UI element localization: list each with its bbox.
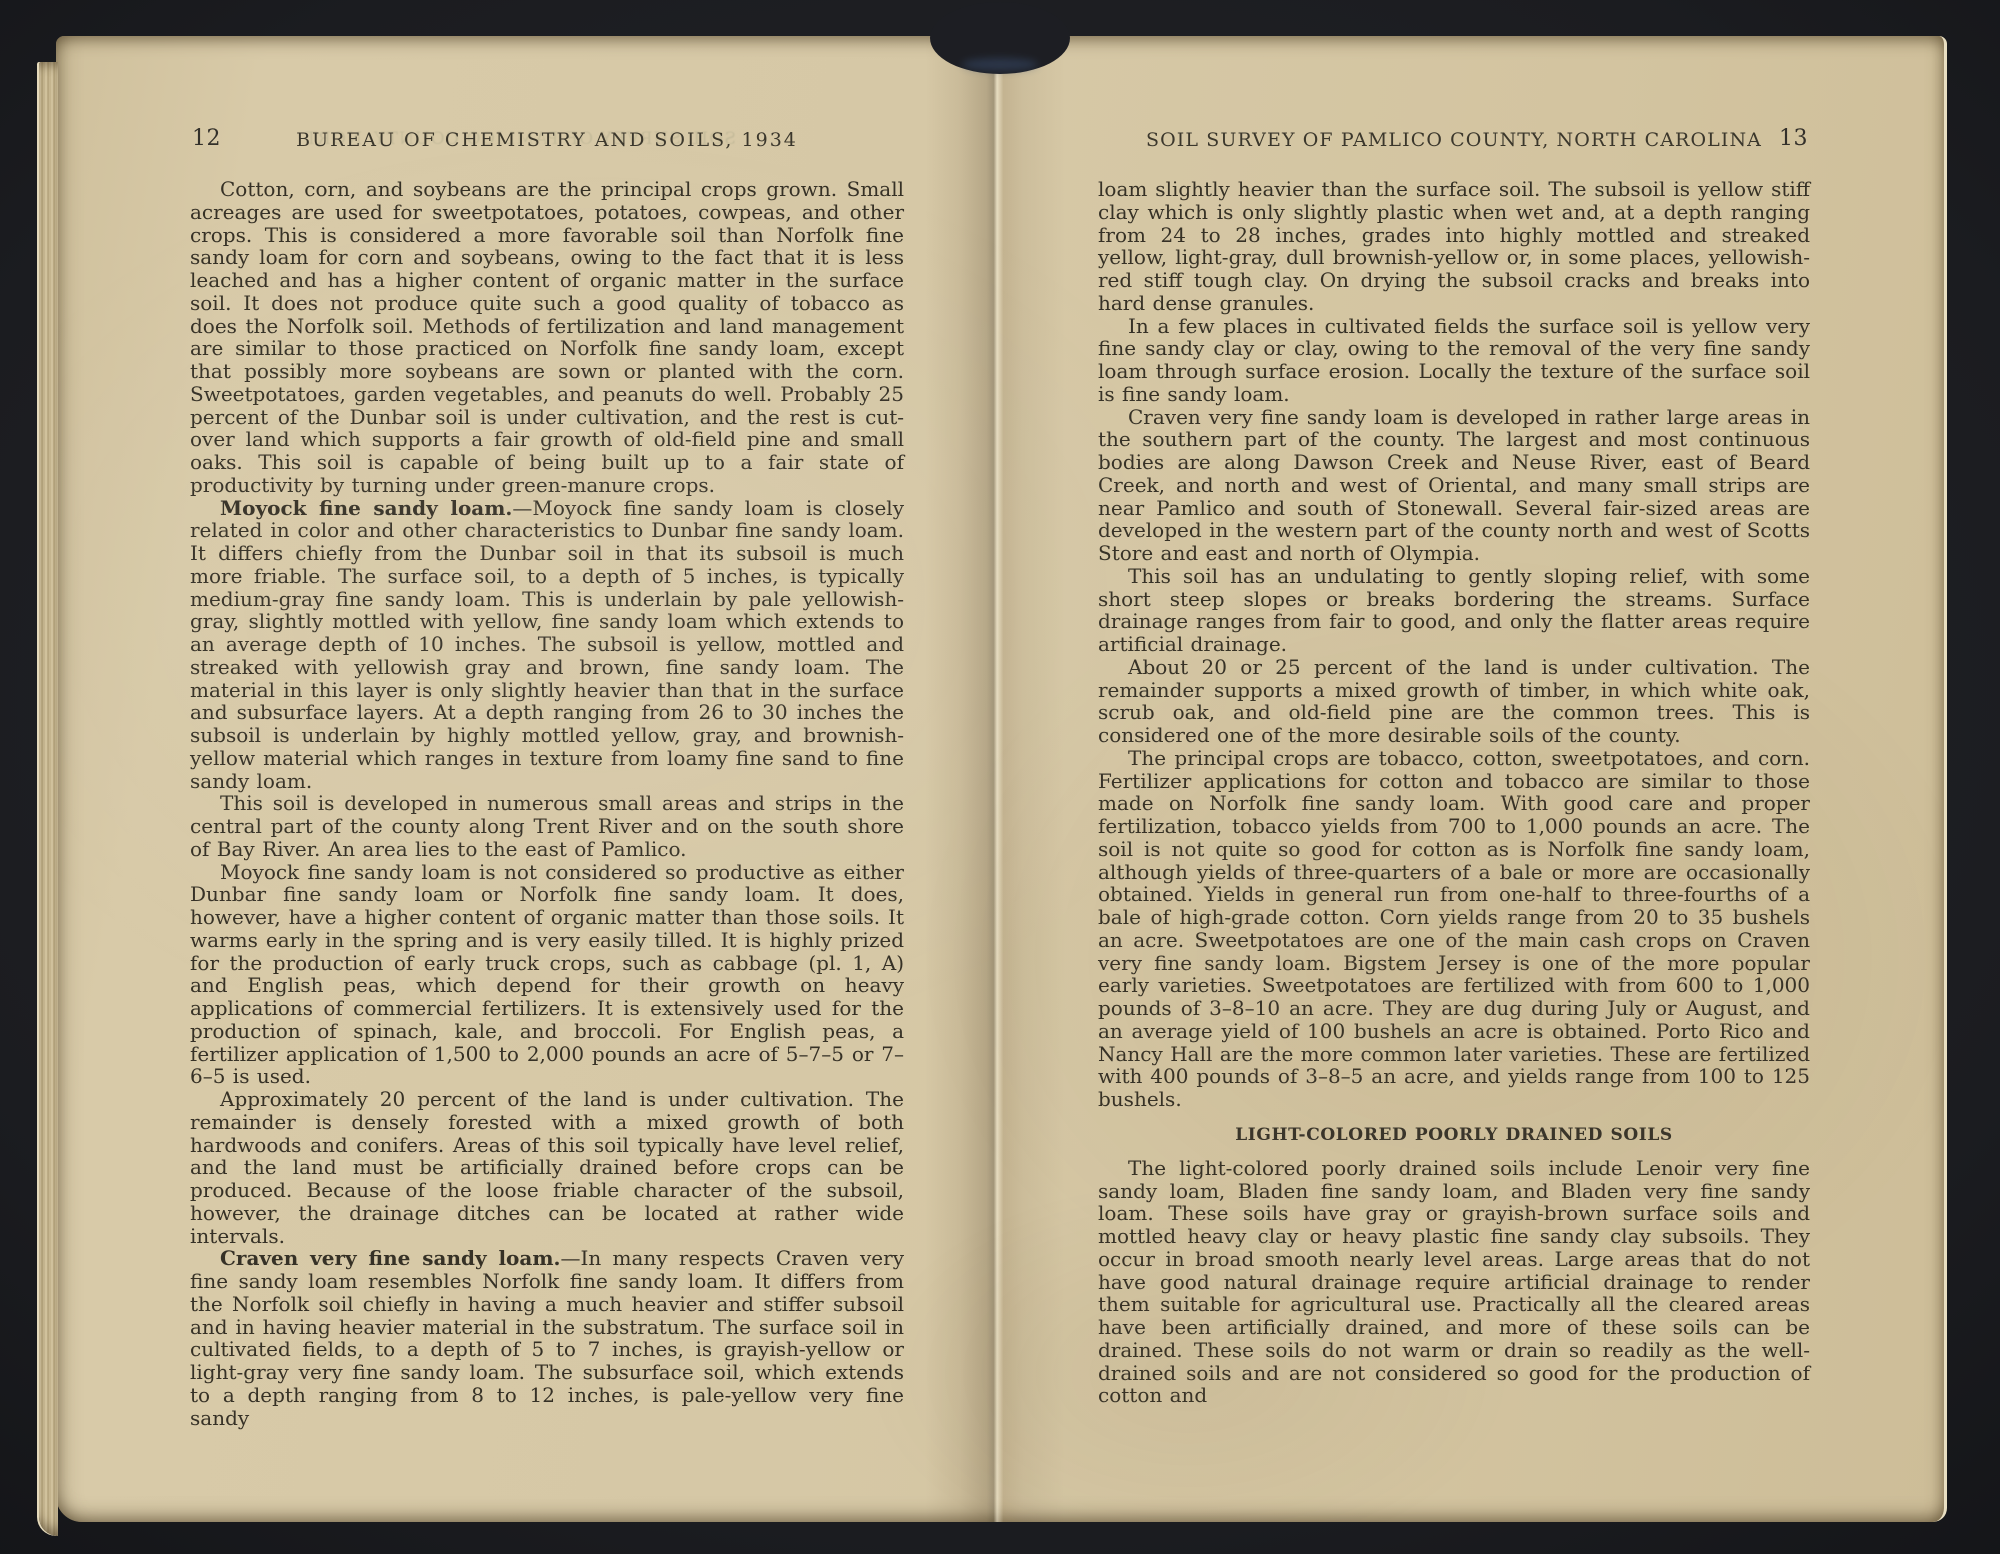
book-spread: SOIL SURVEY OF PAMLICO COUNTY, NORTH CAR… bbox=[56, 36, 1947, 1522]
paragraph: Cotton, corn, and soybeans are the princ… bbox=[190, 178, 904, 497]
paragraph: Approximately 20 percent of the land is … bbox=[190, 1088, 904, 1247]
running-header-title: BUREAU OF CHEMISTRY AND SOILS, 1934 bbox=[190, 126, 904, 151]
running-header: 12 BUREAU OF CHEMISTRY AND SOILS, 1934 bbox=[190, 126, 904, 160]
binding-thread bbox=[962, 58, 1038, 71]
paragraph: About 20 or 25 percent of the land is un… bbox=[1098, 656, 1810, 747]
paragraph-lead: Craven very fine sandy loam. bbox=[220, 1246, 560, 1270]
section-heading: LIGHT-COLORED POORLY DRAINED SOILS bbox=[1098, 1124, 1810, 1146]
paragraph: Craven very fine sandy loam.—In many res… bbox=[190, 1247, 904, 1429]
paragraph: Moyock fine sandy loam.—Moyock fine sand… bbox=[190, 497, 904, 793]
gutter-fold bbox=[925, 36, 1065, 1522]
paragraph: The light-colored poorly drained soils i… bbox=[1098, 1157, 1810, 1407]
page-number: 13 bbox=[1779, 126, 1808, 151]
page-body-text: loam slightly heavier than the surface s… bbox=[1098, 178, 1810, 1407]
paragraph: This soil has an undulating to gently sl… bbox=[1098, 565, 1810, 656]
left-page: 12 BUREAU OF CHEMISTRY AND SOILS, 1934 C… bbox=[190, 126, 904, 1429]
running-header-title: SOIL SURVEY OF PAMLICO COUNTY, NORTH CAR… bbox=[1098, 126, 1810, 151]
running-header: SOIL SURVEY OF PAMLICO COUNTY, NORTH CAR… bbox=[1098, 126, 1810, 160]
paragraph: Moyock fine sandy loam is not considered… bbox=[190, 861, 904, 1089]
paragraph: The principal crops are tobacco, cotton,… bbox=[1098, 747, 1810, 1111]
paragraph: Craven very fine sandy loam is developed… bbox=[1098, 406, 1810, 565]
page-body-text: Cotton, corn, and soybeans are the princ… bbox=[190, 178, 904, 1429]
page-stack-edges bbox=[39, 62, 58, 1536]
page-number: 12 bbox=[192, 126, 221, 151]
right-page: SOIL SURVEY OF PAMLICO COUNTY, NORTH CAR… bbox=[1098, 126, 1810, 1407]
paragraph: loam slightly heavier than the surface s… bbox=[1098, 178, 1810, 315]
gutter-top-notch bbox=[930, 2, 1070, 74]
paragraph: This soil is developed in numerous small… bbox=[190, 792, 904, 860]
paragraph: In a few places in cultivated fields the… bbox=[1098, 315, 1810, 406]
paragraph-lead: Moyock fine sandy loam. bbox=[220, 496, 512, 520]
